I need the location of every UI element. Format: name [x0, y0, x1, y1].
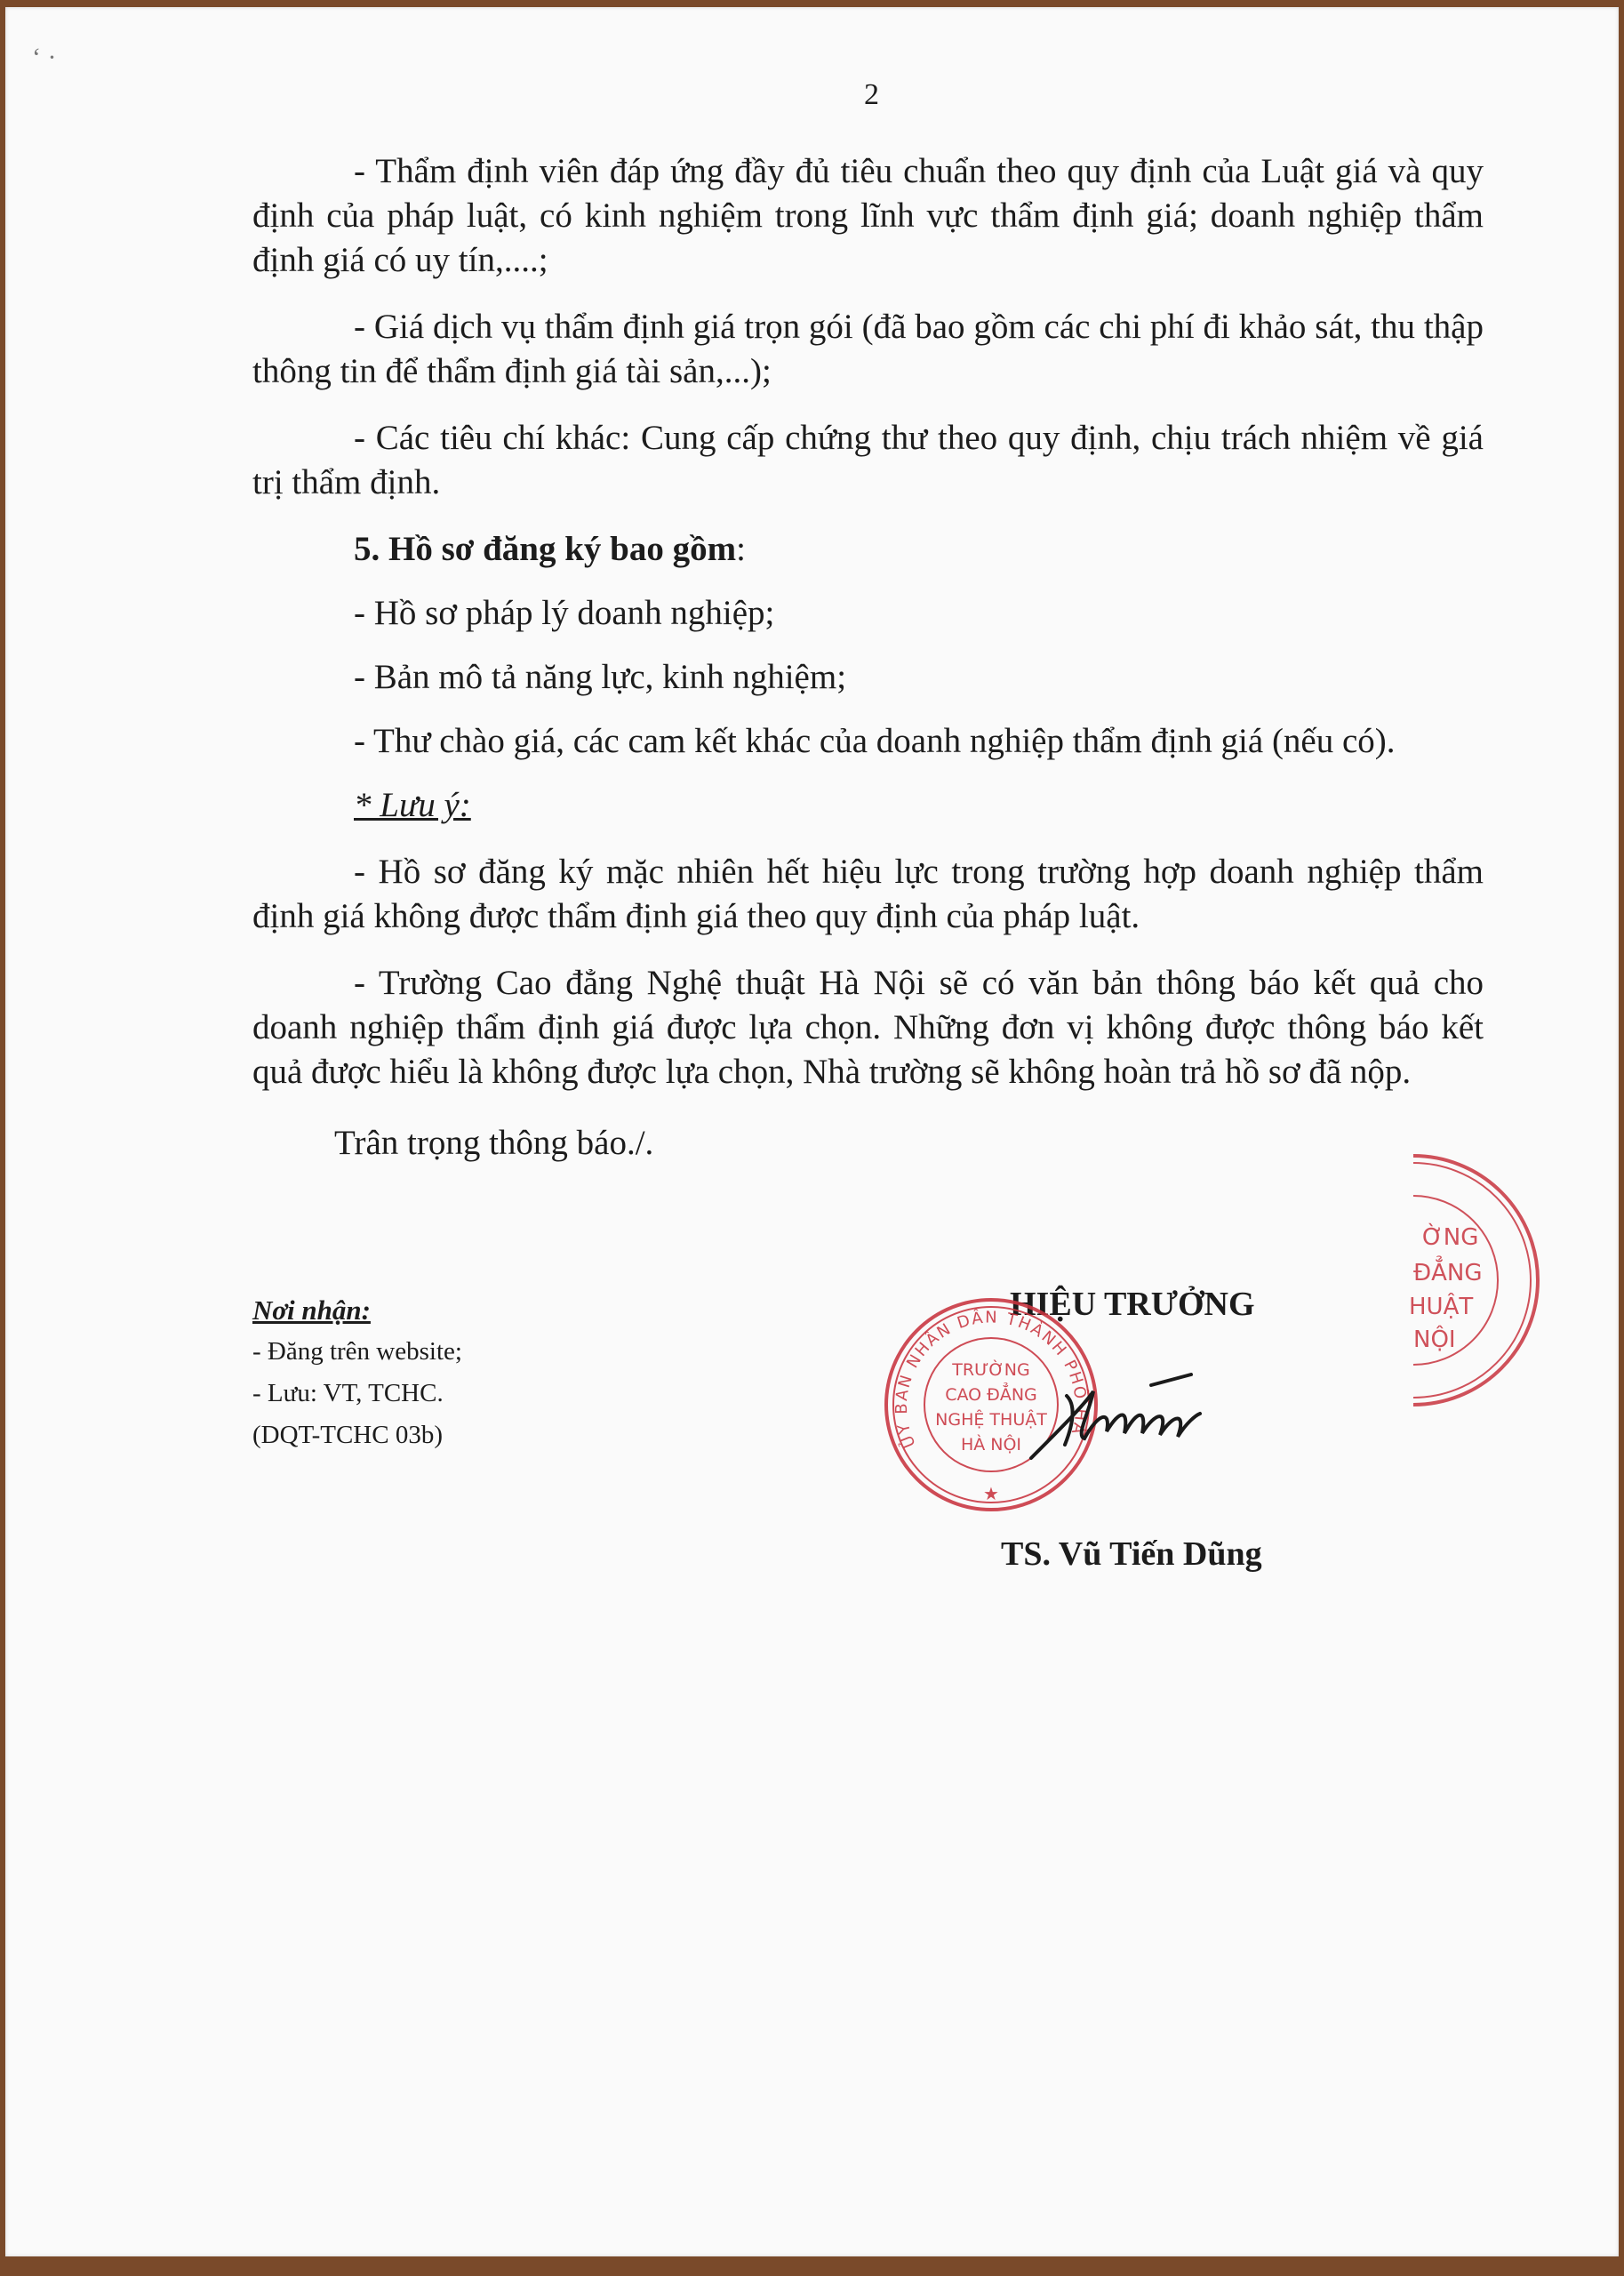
svg-text:★: ★	[983, 1483, 999, 1504]
signature	[978, 1360, 1271, 1476]
document-body: - Thẩm định viên đáp ứng đầy đủ tiêu chu…	[252, 149, 1484, 1166]
note-item: - Trường Cao đẳng Nghệ thuật Hà Nội sẽ c…	[252, 961, 1484, 1094]
svg-text:ĐẲNG: ĐẲNG	[1413, 1254, 1483, 1286]
recipients-block: Nơi nhận: - Đăng trên website; - Lưu: VT…	[252, 1289, 462, 1456]
page-number: 2	[864, 78, 879, 112]
recipient-item: - Đăng trên website;	[252, 1331, 462, 1373]
criteria-appraiser: - Thẩm định viên đáp ứng đầy đủ tiêu chu…	[252, 149, 1484, 283]
overlap-seal-stamp: ỜNG ĐẲNG HUẬT NỘI	[1396, 1147, 1582, 1414]
svg-text:ỜNG: ỜNG	[1422, 1222, 1478, 1251]
svg-text:NỘI: NỘI	[1413, 1325, 1456, 1353]
required-doc-item: - Thư chào giá, các cam kết khác của doa…	[354, 719, 1484, 764]
recipient-item: (DQT-TCHC 03b)	[252, 1414, 462, 1456]
recipient-item: - Lưu: VT, TCHC.	[252, 1373, 462, 1414]
required-doc-item: - Hồ sơ pháp lý doanh nghiệp;	[354, 591, 1484, 636]
required-doc-item: - Bản mô tả năng lực, kinh nghiệm;	[354, 655, 1484, 700]
note-item: - Hồ sơ đăng ký mặc nhiên hết hiệu lực t…	[252, 850, 1484, 939]
criteria-price: - Giá dịch vụ thẩm định giá trọn gói (đã…	[252, 305, 1484, 394]
note-label: * Lưu ý:	[354, 783, 1484, 828]
closing-line: Trân trọng thông báo./.	[334, 1121, 1484, 1166]
signer-name: TS. Vũ Tiến Dũng	[1001, 1535, 1262, 1574]
section-5-heading: 5. Hồ sơ đăng ký bao gồm:	[354, 527, 1484, 572]
scan-mark: ‘ ·	[32, 43, 56, 73]
svg-text:HUẬT: HUẬT	[1409, 1292, 1473, 1320]
recipients-label: Nơi nhận:	[252, 1289, 462, 1331]
criteria-other: - Các tiêu chí khác: Cung cấp chứng thư …	[252, 416, 1484, 505]
